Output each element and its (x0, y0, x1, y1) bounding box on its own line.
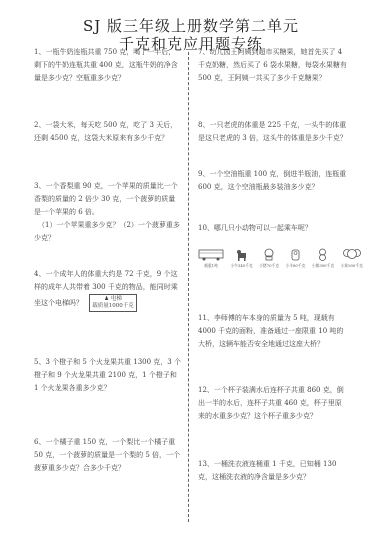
question-5: 5、3 个橙子和 5 个火龙果共重 1300 克，3 个橙子和 9 个火龙果共重… (34, 356, 182, 395)
bus-item: 载重1吨 (198, 247, 224, 269)
column-divider (188, 52, 189, 522)
bear-icon (317, 248, 328, 261)
goat-item: 小羊80千克 (285, 247, 305, 269)
question-7: 7、幼儿园王阿姨到超市买糖果，她首先买了 4 千克奶糖，然后买了 6 袋水果糖，… (198, 46, 348, 85)
elevator-capacity: 载质量1000千克 (92, 303, 134, 309)
elevator-sign: ♟ 电梯 载质量1000千克 (89, 294, 137, 312)
goat-icon (290, 248, 301, 261)
elephant-item: 小象500千克 (341, 247, 363, 269)
question-11: 11、李师傅的车本身的质量为 5 吨，现载有 4000 千克的面粉，准备通过一座… (198, 312, 348, 351)
question-3-sub: （1）一个苹果重多少克？（2）一个菠萝重多少克？ (34, 221, 180, 242)
animal-list: 载重1吨 小牛340千克 小猪70千克 小羊80千克 小熊300千克 小象500… (198, 247, 363, 269)
pig-item: 小猪70千克 (259, 247, 279, 269)
question-8: 8、一只老虎的体重是 225 千克，一头牛的体重是这只老虎的 3 倍，这头牛的体… (198, 119, 348, 145)
bear-item: 小熊300千克 (312, 247, 334, 269)
question-4: 4、一个成年人的体重大约是 72 千克，9 个这样的成年人共带着 300 千克的… (34, 268, 182, 312)
person-icon: ♟ (104, 296, 109, 302)
bus-icon (198, 249, 224, 261)
pig-icon (263, 248, 275, 261)
question-9: 9、一个空油瓶重 100 克，倒进半瓶油，连瓶重 600 克，这个空油瓶最多装油… (198, 168, 348, 194)
calf-icon (236, 249, 248, 261)
calf-item: 小牛340千克 (230, 247, 252, 269)
question-3-text: 3、一个香梨重 90 克，一个苹果的质量比一个香梨的质量的 2 倍少 30 克，… (34, 182, 178, 216)
question-12: 12、一个杯子装满水后连杯子共重 860 克，倒出一半的水后，连杯子共重 460… (198, 384, 348, 423)
question-2: 2、一袋大米，每天吃 500 克，吃了 3 天后，还剩 4500 克，这袋大米原… (34, 119, 182, 145)
question-10: 10、哪几只小动物可以一起乘车呢？ (198, 222, 348, 235)
question-6: 6、一个橘子重 150 克，一个梨比一个橘子重 50 克，一个菠萝的质量是一个梨… (34, 436, 182, 475)
question-3: 3、一个香梨重 90 克，一个苹果的质量比一个香梨的质量的 2 倍少 30 克，… (34, 180, 182, 245)
elevator-label: 电梯 (111, 296, 122, 302)
question-13: 13、一桶洗衣液连桶重 1 千克，已知桶 130 克，这桶洗衣液的净含量是多少克… (198, 458, 348, 484)
elephant-icon (343, 247, 361, 261)
question-1: 1、一瓶牛奶连瓶共重 750 克，喝了一半后，剩下的牛奶连瓶共重 400 克，这… (34, 46, 182, 85)
